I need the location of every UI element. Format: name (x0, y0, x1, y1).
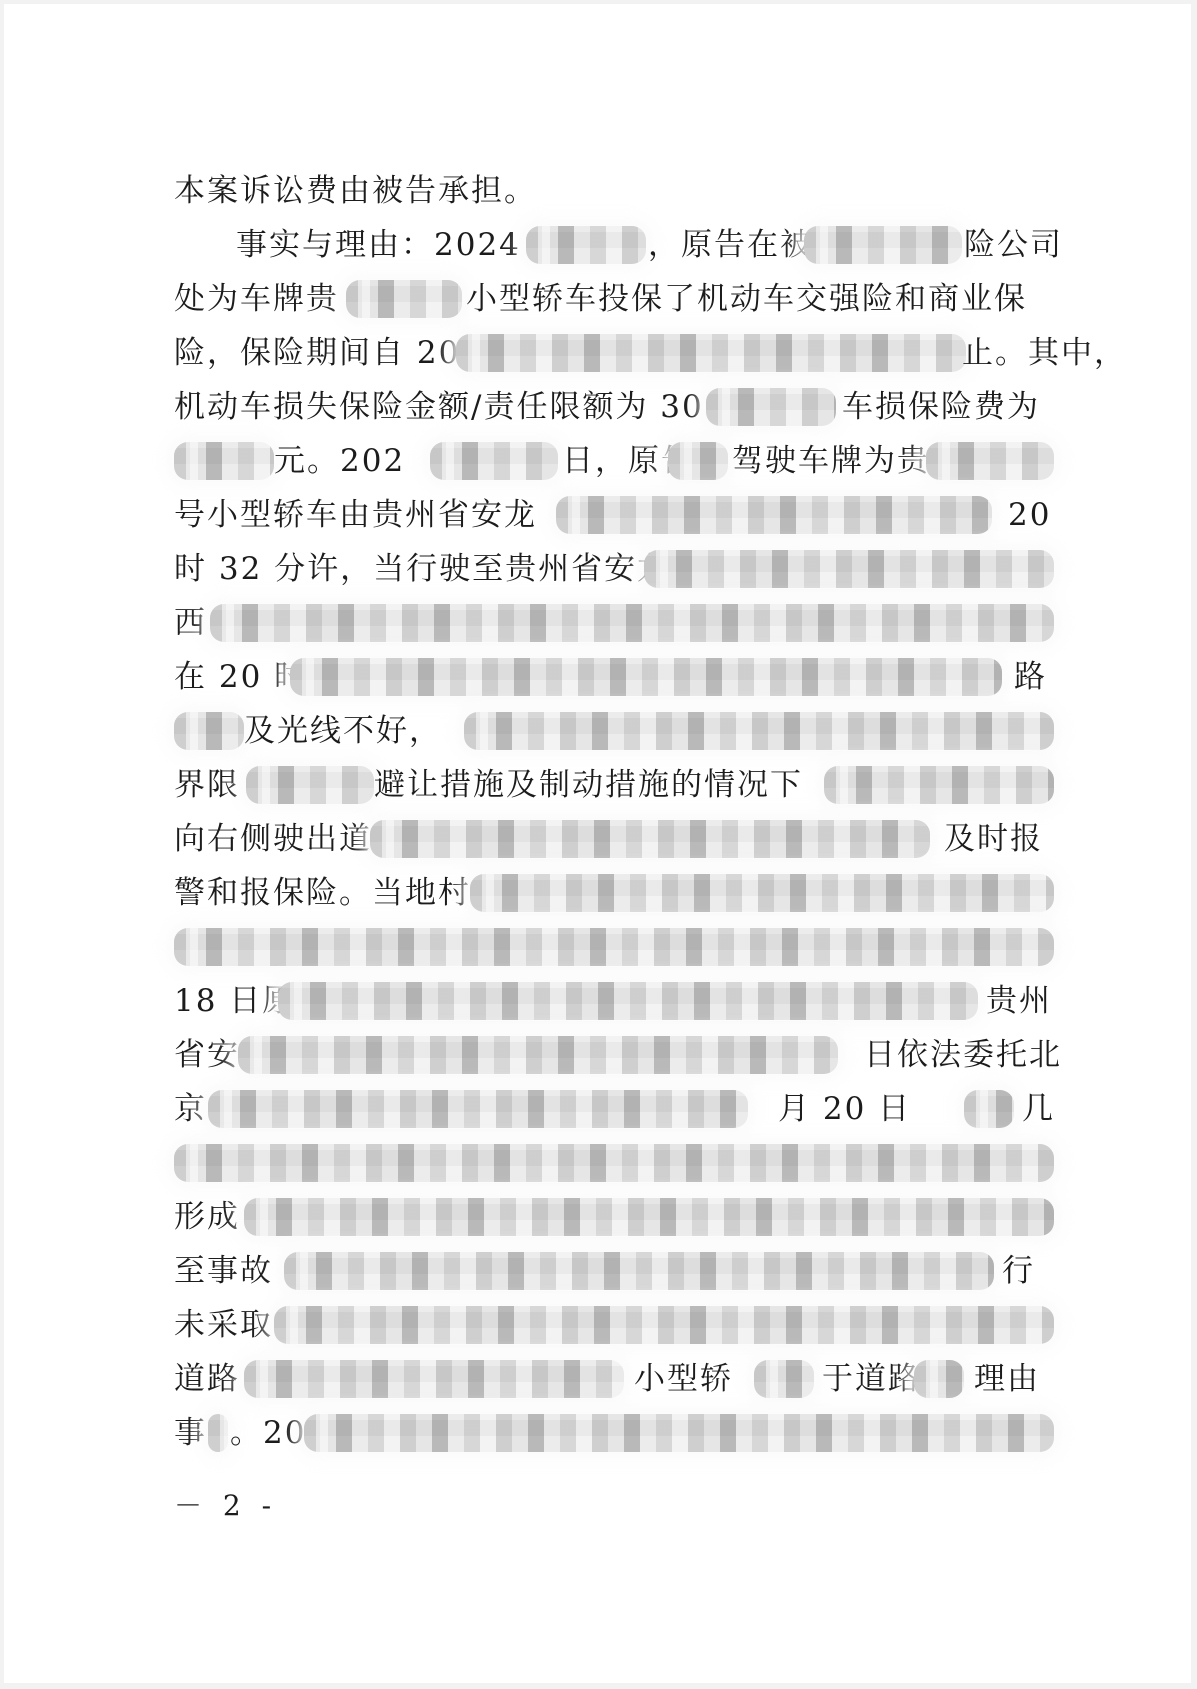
redaction-block (208, 1090, 748, 1128)
text-segment: 避让措施及制动措施的情况下 (374, 758, 803, 812)
redaction-block (174, 442, 274, 480)
redaction-block (208, 1414, 228, 1452)
redaction-block (274, 1306, 1054, 1344)
text-segment: 京 (174, 1082, 207, 1136)
text-segment: 元。202 (274, 434, 405, 488)
redaction-block (304, 1414, 1054, 1452)
text-line: 事实与理由：2024 年 ，原告在被 险公司 (174, 218, 1054, 272)
page-number: － 2 - (174, 1484, 277, 1524)
redaction-block (244, 1360, 624, 1398)
redaction-block (238, 1036, 838, 1074)
text-segment: 理由 (974, 1352, 1040, 1406)
redaction-block (824, 766, 1054, 804)
redaction-block (174, 1144, 1054, 1182)
redaction-block (964, 1090, 1014, 1128)
text-line: 18 日原告驾驶车辆 贵州 (174, 974, 1054, 1028)
text-segment: ，原告在被 (648, 218, 813, 272)
redaction-block (284, 1252, 994, 1290)
text-segment: 道路 (174, 1352, 240, 1406)
text-segment: 月 20 日 (778, 1082, 911, 1136)
text-line: 机动车损失保险金额/责任限额为 30 车损保险费为 (174, 380, 1054, 434)
redaction-block (346, 280, 462, 318)
redaction-block (644, 550, 1054, 588)
text-line: 省安 日依法委托北 (174, 1028, 1054, 1082)
text-segment: 事 (174, 1406, 207, 1460)
text-segment: 机动车损失保险金额/责任限额为 30 (174, 380, 704, 434)
text-line: 警和报保险。当地村民 (174, 866, 1054, 920)
text-segment: 车损保险费为 (842, 380, 1040, 434)
text-line: 及光线不好， (174, 704, 1054, 758)
text-segment: 处为车牌贵 (174, 272, 339, 326)
text-line: 在 20 时 路 (174, 650, 1054, 704)
text-segment: 未采取 (174, 1298, 273, 1352)
text-line (174, 920, 1054, 974)
document-page: 本案诉讼费由被告承担。 事实与理由：2024 年 ，原告在被 险公司 处为车牌贵… (4, 4, 1191, 1683)
text-segment: 小型轿 (634, 1352, 733, 1406)
redaction-block (526, 226, 646, 264)
text-segment: 及光线不好， (244, 704, 442, 758)
text-line: 元。202 日，原告 驾驶车牌为贵 (174, 434, 1054, 488)
text-segment: 驾驶车牌为贵 (732, 434, 930, 488)
text-segment: 时 32 分许，当行驶至贵州省安龙县 (174, 542, 703, 596)
redaction-block (754, 1360, 814, 1398)
text-line: 道路 小型轿 于道路 理由 (174, 1352, 1054, 1406)
text-line: 未采取 (174, 1298, 1054, 1352)
redaction-block (430, 442, 558, 480)
text-segment: 险公司 (964, 218, 1063, 272)
redaction-block (668, 442, 728, 480)
text-segment: 省安 (174, 1028, 240, 1082)
redaction-block (914, 1360, 964, 1398)
text-segment: 止。其中， (962, 326, 1127, 380)
text-segment: 于道路 (822, 1352, 921, 1406)
redaction-block (804, 226, 962, 264)
text-segment: 界限 (174, 758, 240, 812)
text-line: 险，保险期间自 202 止。其中， (174, 326, 1054, 380)
text-segment: 号小型轿车由贵州省安龙 (174, 488, 537, 542)
text-line: 本案诉讼费由被告承担。 (174, 164, 1054, 218)
redaction-block (210, 604, 1054, 642)
text-line (174, 1136, 1054, 1190)
text-segment: 路 (1014, 650, 1047, 704)
text-line: 京 月 20 日 几 (174, 1082, 1054, 1136)
text-line: 号小型轿车由贵州省安龙 20 (174, 488, 1054, 542)
redaction-block (456, 334, 966, 372)
text-segment: 行 (1002, 1244, 1035, 1298)
redaction-block (244, 1198, 1054, 1236)
redaction-block (246, 766, 374, 804)
text-segment: 警和报保险。当地村民 (174, 866, 504, 920)
redaction-block (470, 874, 1054, 912)
text-segment: 险，保险期间自 202 (174, 326, 482, 380)
text-segment: 本案诉讼费由被告承担。 (174, 164, 537, 218)
text-segment: 几 (1022, 1082, 1055, 1136)
redaction-block (556, 496, 992, 534)
text-line: 事 。202 (174, 1406, 1054, 1460)
text-line: 处为车牌贵 小型轿车投保了机动车交强险和商业保 (174, 272, 1054, 326)
text-segment: 贵州 (986, 974, 1052, 1028)
redaction-block (706, 388, 836, 426)
text-line: 界限 避让措施及制动措施的情况下 (174, 758, 1054, 812)
text-segment: 形成 (174, 1190, 240, 1244)
text-line: 时 32 分许，当行驶至贵州省安龙县 (174, 542, 1054, 596)
redaction-block (174, 712, 244, 750)
redaction-block (926, 442, 1054, 480)
redaction-block (464, 712, 1054, 750)
redaction-block (290, 658, 1002, 696)
text-segment: 及时报 (944, 812, 1043, 866)
text-segment: 至事故 (174, 1244, 273, 1298)
text-line: 向右侧驶出道路， 及时报 (174, 812, 1054, 866)
text-line: 至事故 行 (174, 1244, 1054, 1298)
text-segment: 事实与理由：2024 年 (236, 218, 566, 272)
text-line: 形成 (174, 1190, 1054, 1244)
text-segment: 日依法委托北 (864, 1028, 1062, 1082)
text-segment: 20 (1008, 488, 1051, 542)
redaction-block (370, 820, 930, 858)
text-segment: 在 20 时 (174, 650, 307, 704)
redaction-block (174, 928, 1054, 966)
text-line: 西 (174, 596, 1054, 650)
text-segment: 小型轿车投保了机动车交强险和商业保 (466, 272, 1027, 326)
redaction-block (278, 982, 978, 1020)
text-segment: 西 (174, 596, 207, 650)
